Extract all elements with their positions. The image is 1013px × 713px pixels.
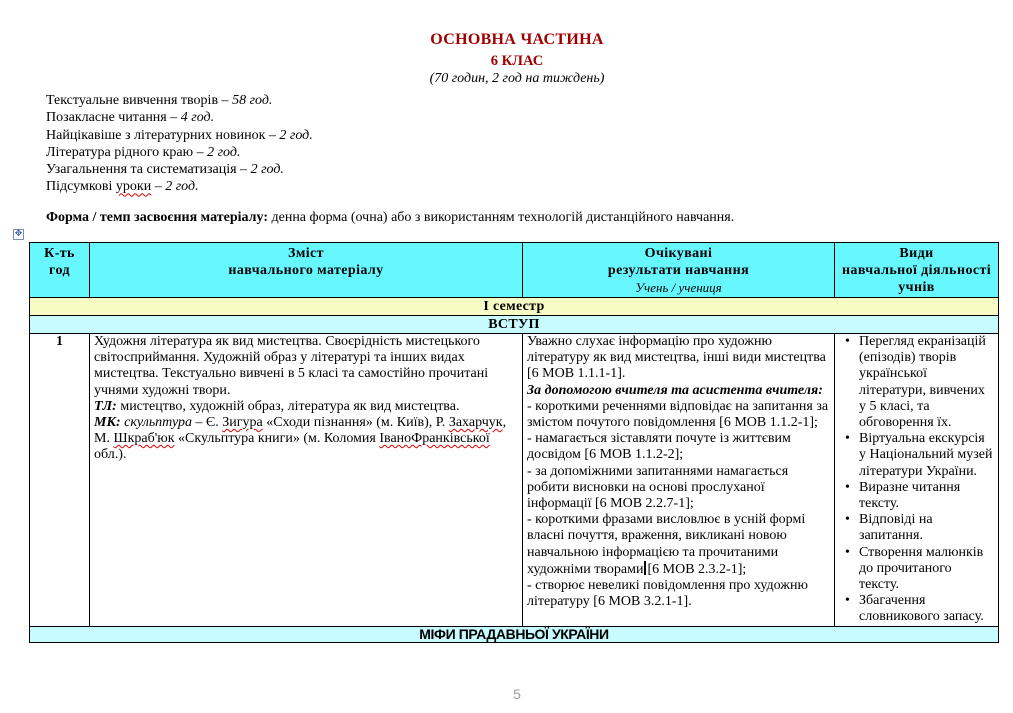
results-with-help: За допомогою вчителя та асистента вчител… <box>527 383 830 399</box>
header-subtext: Учень / учениця <box>527 279 830 296</box>
breakdown-item: Текстуальне вивчення творів – 58 год. <box>46 92 313 109</box>
header-text: навчальної діяльності <box>839 262 994 279</box>
results-item: - створює невеликі повідомлення про худо… <box>527 578 830 610</box>
results-text: [6 МОВ 2.3.2-1]; <box>647 562 746 577</box>
breakdown-label: Текстуальне вивчення творів – <box>46 93 232 108</box>
activity-item: Збагачення словникового запасу. <box>859 593 994 625</box>
results-item: - намагається зіставляти почуте із життє… <box>527 431 830 463</box>
breakdown-value: 2 год. <box>165 179 198 194</box>
activity-item: Віртуальна екскурсія у Національний музе… <box>859 431 994 480</box>
header-results: Очікуванірезультати навчанняУчень / учен… <box>523 243 835 298</box>
page-number: 5 <box>0 686 1013 702</box>
row-hours: 1 <box>30 334 90 627</box>
total-hours: (70 годин, 2 год на тиждень) <box>0 70 1013 88</box>
mk-text: – Є. <box>192 415 222 430</box>
breakdown-value: 58 год. <box>232 93 272 108</box>
grade-label: 6 КЛАС <box>0 52 1013 70</box>
spellcheck-word: Шкраб'юк <box>113 431 174 446</box>
breakdown-value: 4 год. <box>181 110 214 125</box>
curriculum-table: К-тьгод Змістнавчального матеріалу Очіку… <box>29 242 999 643</box>
breakdown-label: Найцікавіше з літературних новинок – <box>46 128 279 143</box>
activities-list: Перегляд екранізацій (епізодів) творів у… <box>839 334 994 626</box>
spellcheck-word: Захарчук <box>449 415 503 430</box>
results-item: - за допоміжними запитаннями намагається… <box>527 464 830 513</box>
table-move-handle-icon[interactable]: ✥ <box>13 229 24 240</box>
breakdown-value: 2 год. <box>251 162 284 177</box>
spellcheck-word: ІваноФранківської <box>379 431 489 446</box>
spellcheck-word: Зигура <box>222 415 262 430</box>
mk-text: «Сходи пізнання» (м. Київ), Р. <box>263 415 449 430</box>
row-content: Художня література як вид мистецтва. Сво… <box>90 334 523 627</box>
header-text: учнів <box>839 279 994 296</box>
breakdown-item: Література рідного краю – 2 год. <box>46 144 313 161</box>
row-activities: Перегляд екранізацій (епізодів) творів у… <box>835 334 999 627</box>
breakdown-item: Найцікавіше з літературних новинок – 2 г… <box>46 127 313 144</box>
breakdown-label: Позакласне читання – <box>46 110 181 125</box>
section-row: МІФИ ПРАДАВНЬОЇ УКРАЇНИ <box>30 626 999 642</box>
mk-label: МК: <box>94 415 121 430</box>
breakdown-value: 2 год. <box>207 145 240 160</box>
row-results: Уважно слухає інформацію про художню літ… <box>523 334 835 627</box>
next-section-label: МІФИ ПРАДАВНЬОЇ УКРАЇНИ <box>30 626 999 642</box>
breakdown-item: Позакласне читання – 4 год. <box>46 109 313 126</box>
header-text: К-ть <box>34 245 85 262</box>
table-header-row: К-тьгод Змістнавчального матеріалу Очіку… <box>30 243 999 298</box>
title-block: ОСНОВНА ЧАСТИНА 6 КЛАС (70 годин, 2 год … <box>0 30 1013 88</box>
header-content: Змістнавчального матеріалу <box>90 243 523 298</box>
activity-item: Виразне читання тексту. <box>859 480 994 512</box>
results-item: - короткими реченнями відповідає на запи… <box>527 399 830 431</box>
header-text: год <box>34 262 85 279</box>
mk-text: «Скульптура книги» (м. Коломия <box>175 431 380 446</box>
semester-row: І семестр <box>30 298 999 316</box>
header-hours: К-тьгод <box>30 243 90 298</box>
header-text: результати навчання <box>527 262 830 279</box>
mk-italic: скульптура <box>121 415 192 430</box>
activity-item: Створення малюнків до прочитаного тексту… <box>859 545 994 594</box>
header-text: Очікувані <box>527 245 830 262</box>
activity-item: Відповіді на запитання. <box>859 512 994 544</box>
breakdown-value: 2 год. <box>279 128 312 143</box>
results-intro: Уважно слухає інформацію про художню літ… <box>527 334 830 383</box>
hours-breakdown: Текстуальне вивчення творів – 58 год. По… <box>46 92 313 196</box>
header-text: Зміст <box>94 245 518 262</box>
header-text: Види <box>839 245 994 262</box>
tl-text: мистецтво, художній образ, література як… <box>117 399 460 414</box>
spellcheck-word: уроки <box>116 179 151 194</box>
breakdown-label: – <box>151 179 165 194</box>
learning-form-line: Форма / темп засвоєння матеріалу: денна … <box>46 209 734 226</box>
breakdown-label: Підсумкові <box>46 179 116 194</box>
breakdown-item: Підсумкові уроки – 2 год. <box>46 178 313 195</box>
breakdown-item: Узагальнення та систематизація – 2 год. <box>46 161 313 178</box>
header-activities: Видинавчальної діяльностіучнів <box>835 243 999 298</box>
semester-label: І семестр <box>30 298 999 316</box>
mk-text: обл.). <box>94 447 126 462</box>
activity-item: Перегляд екранізацій (епізодів) творів у… <box>859 334 994 431</box>
tl-label: ТЛ: <box>94 399 117 414</box>
content-main: Художня література як вид мистецтва. Сво… <box>94 334 518 399</box>
learning-form-text: денна форма (очна) або з використанням т… <box>268 210 734 225</box>
breakdown-label: Література рідного краю – <box>46 145 207 160</box>
content-mk: МК: скульптура – Є. Зигура «Сходи пізнан… <box>94 415 518 464</box>
table-row: 1 Художня література як вид мистецтва. С… <box>30 334 999 627</box>
section-label: ВСТУП <box>30 316 999 334</box>
document-title: ОСНОВНА ЧАСТИНА <box>0 30 1013 50</box>
content-tl: ТЛ: мистецтво, художній образ, літератур… <box>94 399 518 415</box>
header-text: навчального матеріалу <box>94 262 518 279</box>
results-item: - короткими фразами висловлює в усній фо… <box>527 512 830 578</box>
breakdown-label: Узагальнення та систематизація – <box>46 162 251 177</box>
learning-form-label: Форма / темп засвоєння матеріалу: <box>46 210 268 225</box>
section-row: ВСТУП <box>30 316 999 334</box>
